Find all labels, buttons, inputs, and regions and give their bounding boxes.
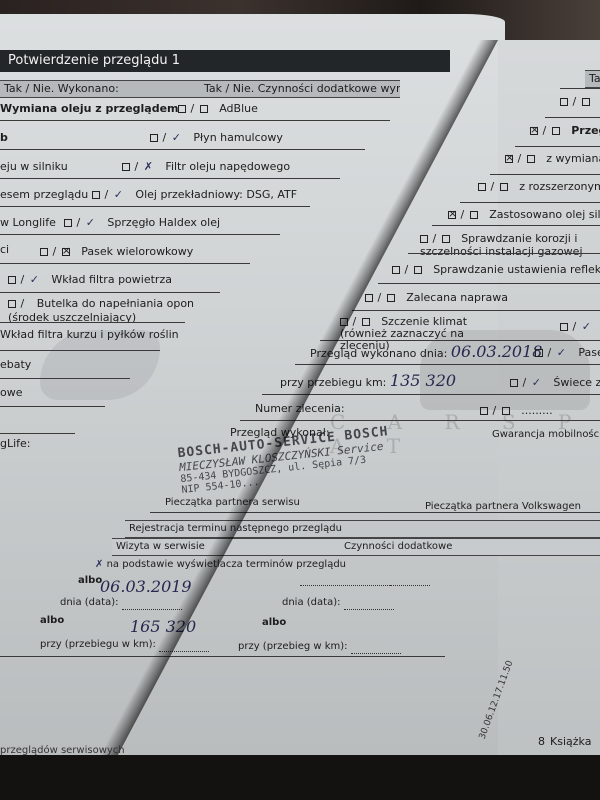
checkbox-yes[interactable] bbox=[365, 294, 373, 302]
middle-item-label: Sprzęgło Haldex olej bbox=[107, 216, 220, 229]
middle-item-label: Płyn hamulcowy bbox=[193, 131, 282, 144]
middle-item-label: Butelka do napełniania opon (środek uszc… bbox=[8, 297, 194, 324]
checkbox-yes-no[interactable]: / ✗ bbox=[122, 160, 154, 174]
checkbox-no[interactable] bbox=[502, 407, 510, 415]
checkbox-yes[interactable] bbox=[8, 276, 16, 284]
row-divider bbox=[0, 263, 250, 264]
row-divider bbox=[0, 149, 365, 150]
row-divider bbox=[432, 225, 600, 226]
mileage-value[interactable]: 135 320 bbox=[390, 371, 456, 390]
checkbox-yes-no[interactable]: / bbox=[480, 404, 510, 418]
cross-mark-icon: ✗ bbox=[144, 160, 154, 173]
checkbox-yes-no[interactable]: / bbox=[178, 102, 208, 116]
right-item-label: z wymianą bbox=[546, 152, 600, 165]
right-item-0: / bbox=[560, 95, 598, 109]
checkbox-no[interactable] bbox=[362, 318, 370, 326]
right-item-5: / Sprawdzanie korozji i szczelności inst… bbox=[420, 232, 600, 258]
checkbox-no[interactable] bbox=[500, 183, 508, 191]
checkbox-yes[interactable] bbox=[40, 248, 48, 256]
middle-item-4: / ✓ Sprzęgło Haldex olej bbox=[64, 216, 220, 230]
checkbox-yes-no[interactable]: / bbox=[505, 152, 535, 166]
checkmark-icon: ✓ bbox=[86, 216, 96, 229]
middle-item-3: / ✓ Olej przekładniowy: DSG, ATF bbox=[92, 188, 297, 202]
middle-item-label: AdBlue bbox=[219, 102, 258, 115]
extra-date-label: dnia (data): bbox=[282, 597, 340, 608]
right-item-3: / z rozszerzonym za bbox=[478, 180, 600, 194]
next-date-value-container: 06.03.2019 bbox=[100, 580, 192, 596]
left-item-0: Wymiana oleju z przeglądem bbox=[0, 102, 179, 116]
far-right-item-0: / ✓ Pasek bbox=[535, 346, 600, 360]
left-column-header: Tak / Nie. Wykonano: bbox=[0, 80, 205, 98]
far-right-label: Świece zapłonowe bbox=[553, 376, 600, 389]
row-divider bbox=[0, 433, 75, 434]
row-divider bbox=[320, 340, 600, 341]
row-divider bbox=[352, 310, 600, 311]
right-item-label: Zalecana naprawa bbox=[406, 291, 508, 304]
checkbox-yes-no[interactable]: / ✓ bbox=[560, 320, 592, 334]
checkbox-yes-no[interactable]: / bbox=[40, 245, 70, 259]
left-item-5: ci bbox=[0, 243, 9, 257]
row-divider bbox=[0, 178, 340, 179]
middle-item-5: / Pasek wielorowkowy bbox=[40, 245, 193, 259]
row-divider bbox=[295, 364, 600, 365]
right-item-4: / Zastosowano olej silnikowy bbox=[448, 208, 600, 222]
far-right-item-1: / ✓ Świece zapłonowe bbox=[510, 376, 600, 390]
page-number: 8 bbox=[538, 735, 545, 748]
checkbox-yes-no[interactable]: / ✓ bbox=[535, 346, 567, 360]
checkbox-yes-no[interactable]: / bbox=[478, 180, 508, 194]
checkbox-yes[interactable] bbox=[560, 323, 568, 331]
far-right-item-3: Gwarancja mobilności Lo bbox=[492, 428, 600, 442]
left-item-2: eju w silniku bbox=[0, 160, 68, 174]
checkbox-yes-no[interactable]: / bbox=[8, 297, 25, 311]
row-divider bbox=[0, 350, 160, 351]
far-right-label: ......... bbox=[521, 404, 552, 417]
row-divider bbox=[560, 88, 600, 89]
checkbox-no[interactable] bbox=[582, 98, 590, 106]
checkbox-no[interactable] bbox=[200, 105, 208, 113]
done-on-row: Przegląd wykonano dnia: 06.03.2018 bbox=[310, 345, 542, 361]
row-divider bbox=[0, 406, 105, 407]
row-divider bbox=[0, 378, 130, 379]
section-bottom-rule bbox=[0, 656, 445, 657]
row-divider bbox=[378, 283, 600, 284]
next-date-row: dnia (data): bbox=[60, 596, 182, 610]
row-divider bbox=[0, 234, 280, 235]
next-service-header: Rejestracja terminu następnego przeglądu bbox=[125, 520, 600, 538]
checkbox-yes[interactable] bbox=[178, 105, 186, 113]
row-divider bbox=[460, 202, 600, 203]
checkmark-icon: ✓ bbox=[532, 376, 542, 389]
checkbox-yes-no[interactable]: / bbox=[420, 232, 450, 245]
middle-item-label: Olej przekładniowy: DSG, ATF bbox=[135, 188, 297, 201]
right-item-7: / Zalecana naprawa bbox=[365, 291, 508, 305]
checkbox-yes[interactable] bbox=[8, 300, 16, 308]
middle-item-6: / ✓ Wkład filtra powietrza bbox=[8, 273, 172, 287]
middle-item-2: / ✗ Filtr oleju napędowego bbox=[122, 160, 290, 174]
checkbox-yes[interactable] bbox=[535, 349, 543, 357]
done-on-value[interactable]: 06.03.2018 bbox=[451, 342, 543, 361]
left-item-8: Wkład filtra kurzu i pyłków roślin bbox=[0, 328, 179, 342]
checkbox-yes-no[interactable]: / ✓ bbox=[510, 376, 542, 390]
row-divider bbox=[0, 120, 390, 121]
checkbox-yes-no[interactable]: / ✓ bbox=[64, 216, 96, 230]
row-divider bbox=[545, 117, 600, 118]
checkbox-yes-no[interactable]: / ✓ bbox=[8, 273, 40, 287]
middle-item-label: Filtr oleju napędowego bbox=[165, 160, 290, 173]
checkbox-yes[interactable] bbox=[478, 183, 486, 191]
left-item-10: owe bbox=[0, 386, 23, 400]
right-item-1: / Przegląd bbox=[530, 124, 600, 138]
right-item-6: / Sprawdzanie ustawienia reflektorów bbox=[392, 263, 600, 277]
checkbox-yes-no[interactable]: / bbox=[365, 291, 395, 305]
row-divider bbox=[0, 206, 310, 207]
middle-column-header: Tak / Nie. Czynności dodatkowe wymiana: bbox=[200, 80, 400, 98]
display-based-label: na podstawie wyświetlacza terminów przeg… bbox=[107, 559, 346, 570]
checkmark-icon: ✓ bbox=[582, 320, 592, 333]
extra-mileage-label: przy (przebieg w km): bbox=[238, 641, 348, 652]
checkbox-no[interactable] bbox=[527, 155, 535, 163]
extra-date-row: dnia (data): bbox=[282, 596, 394, 610]
footer-right-text: Książka bbox=[550, 735, 591, 748]
or-label-2: albo bbox=[40, 614, 64, 628]
middle-item-0: / AdBlue bbox=[178, 102, 258, 116]
checkbox-no[interactable] bbox=[552, 127, 560, 135]
checkbox-yes-no[interactable]: / bbox=[560, 95, 590, 109]
next-date-value[interactable]: 06.03.2019 bbox=[100, 577, 192, 596]
next-date-label: dnia (data): bbox=[60, 597, 118, 608]
row-divider bbox=[408, 253, 600, 254]
left-item-1: b bbox=[0, 131, 8, 145]
middle-item-label: Pasek wielorowkowy bbox=[81, 245, 193, 258]
left-item-4: w Longlife bbox=[0, 216, 56, 230]
right-item-label: z rozszerzonym za bbox=[519, 180, 600, 193]
checkbox-yes-no[interactable]: / ✓ bbox=[150, 131, 182, 145]
right-item-label: Sprawdzanie ustawienia reflektorów bbox=[433, 263, 600, 276]
checkbox-yes-no[interactable]: / bbox=[448, 208, 478, 222]
left-item-12: gLife: bbox=[0, 437, 31, 451]
checkbox-yes[interactable] bbox=[392, 266, 400, 274]
row-divider bbox=[0, 322, 185, 323]
checkbox-yes-checked[interactable] bbox=[530, 127, 538, 135]
row-divider bbox=[0, 292, 220, 293]
checkbox-yes[interactable] bbox=[420, 235, 428, 243]
checkbox-yes[interactable] bbox=[510, 379, 518, 387]
row-divider bbox=[262, 394, 600, 395]
checkbox-yes[interactable] bbox=[92, 191, 100, 199]
left-item-9: ebaty bbox=[0, 358, 31, 372]
checkbox-yes-no[interactable]: / bbox=[392, 263, 422, 277]
checkmark-icon: ✓ bbox=[172, 131, 182, 144]
checkbox-yes-checked[interactable] bbox=[448, 211, 456, 219]
checkmark-icon: ✓ bbox=[114, 188, 124, 201]
checkbox-yes-no[interactable]: / ✓ bbox=[92, 188, 124, 202]
middle-item-7: / Butelka do napełniania opon (środek us… bbox=[8, 297, 198, 325]
checkbox-yes[interactable] bbox=[64, 219, 72, 227]
right-column-header: Tak bbox=[585, 70, 600, 88]
checkbox-yes[interactable] bbox=[560, 98, 568, 106]
extra-or-label: albo bbox=[262, 616, 286, 630]
far-right-label: Pasek bbox=[578, 346, 600, 359]
row-divider bbox=[150, 512, 600, 513]
middle-item-1: / ✓ Płyn hamulcowy bbox=[150, 131, 283, 145]
far-right-item-2: / ......... bbox=[480, 404, 553, 418]
background-bottom bbox=[0, 755, 600, 800]
extra-mileage-row: przy (przebieg w km): bbox=[238, 640, 401, 654]
right-item-8-check: / ✓ bbox=[560, 320, 600, 334]
checkbox-yes[interactable] bbox=[480, 407, 488, 415]
checkbox-no[interactable] bbox=[414, 266, 422, 274]
middle-item-label: Wkład filtra powietrza bbox=[51, 273, 172, 286]
checkbox-no[interactable] bbox=[442, 235, 450, 243]
cross-mark-icon: ✗ bbox=[95, 559, 103, 570]
checkbox-yes[interactable] bbox=[150, 134, 158, 142]
row-divider bbox=[490, 174, 600, 175]
next-mileage-row: przy (przebiegu w km): bbox=[40, 638, 209, 652]
checkmark-icon: ✓ bbox=[30, 273, 40, 286]
page-title: Potwierdzenie przeglądu 1 bbox=[0, 50, 450, 72]
or-label-1: albo bbox=[78, 574, 102, 588]
checkbox-no[interactable] bbox=[470, 211, 478, 219]
extra-line-1[interactable] bbox=[300, 572, 430, 586]
checkmark-icon: ✓ bbox=[557, 346, 567, 359]
left-item-3: esem przeglądu bbox=[0, 188, 88, 202]
right-item-2: / z wymianą bbox=[505, 152, 600, 166]
right-item-label: Zastosowano olej silnikowy bbox=[489, 208, 600, 221]
right-item-label: Przegląd bbox=[571, 124, 600, 137]
checkbox-yes-checked[interactable] bbox=[505, 155, 513, 163]
extra-tasks-header: Czynności dodatkowe bbox=[340, 538, 600, 556]
checkbox-yes[interactable] bbox=[122, 163, 130, 171]
row-divider bbox=[515, 146, 600, 147]
checkbox-no[interactable] bbox=[387, 294, 395, 302]
checkbox-yes-no[interactable]: / bbox=[530, 124, 560, 138]
checkbox-no-checked[interactable] bbox=[62, 248, 70, 256]
next-mileage-label: przy (przebiegu w km): bbox=[40, 639, 156, 650]
